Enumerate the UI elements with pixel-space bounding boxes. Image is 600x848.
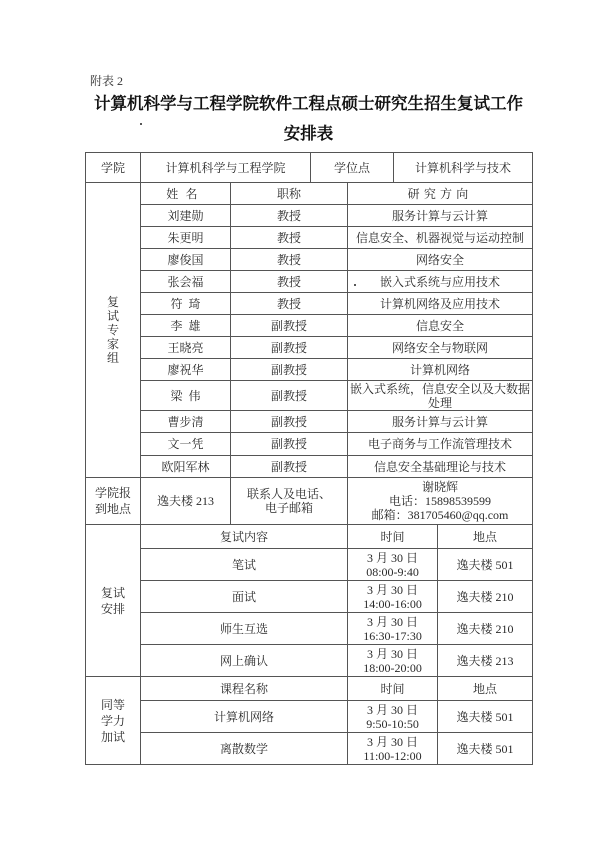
member-title: 副教授: [231, 381, 348, 411]
member-direction: 嵌入式系统与应用技术: [380, 275, 500, 289]
schedule-time-cell: 3 月 30 日 18:00-20:00: [348, 645, 438, 677]
contact-name: 谢晓辉: [350, 480, 530, 494]
schedule-label: 复试安排: [101, 585, 126, 617]
column-header-time: 时间: [348, 677, 438, 701]
member-title: 教授: [231, 205, 348, 227]
schedule-date: 3 月 30 日: [350, 615, 435, 629]
title-line-1: 计算机科学与工程学院软件工程点硕士研究生招生复试工作: [85, 93, 532, 115]
expert-group-label-cell: 复试专家组: [86, 183, 141, 478]
member-direction: 嵌入式系统，信息安全以及大数据处理: [348, 381, 533, 411]
member-title: 副教授: [231, 411, 348, 433]
schedule-time-cell: 3 月 30 日 14:00-16:00: [348, 581, 438, 613]
schedule-label-cell: 复试安排: [86, 525, 141, 677]
member-name: 曹步清: [141, 411, 231, 433]
schedule-content: 笔试: [141, 549, 348, 581]
member-name: 文一凭: [141, 433, 231, 456]
degree-value: 计算机科学与技术: [394, 153, 533, 183]
schedule-place: 逸夫楼 501: [438, 549, 533, 581]
column-header-place: 地点: [438, 525, 533, 549]
course-name: 离散数学: [141, 733, 348, 765]
report-label-cell: 学院报到地点: [86, 478, 141, 525]
member-name: 刘建勋: [141, 205, 231, 227]
report-label: 学院报到地点: [95, 485, 132, 517]
member-name: 朱更明: [141, 227, 231, 249]
college-row: 学院 计算机科学与工程学院 学位点 计算机科学与技术: [86, 153, 533, 183]
table-row: 离散数学 3 月 30 日 11:00-12:00 逸夫楼 501: [86, 733, 533, 765]
contact-phone: 电话：15898539599: [350, 494, 530, 508]
equivalent-header-row: 同等学力加试 课程名称 时间 地点: [86, 677, 533, 701]
member-direction: 网络安全: [348, 249, 533, 271]
member-direction: 服务计算与云计算: [348, 411, 533, 433]
table-row: 刘建勋 教授 服务计算与云计算: [86, 205, 533, 227]
equivalent-label-cell: 同等学力加试: [86, 677, 141, 765]
schedule-content: 师生互选: [141, 613, 348, 645]
course-time: 11:00-12:00: [350, 749, 435, 763]
title-line-2: 安排表: [85, 123, 532, 145]
member-name: 李 雄: [141, 315, 231, 337]
member-title: 副教授: [231, 433, 348, 456]
course-place: 逸夫楼 501: [438, 733, 533, 765]
member-title: 教授: [231, 249, 348, 271]
schedule-content: 网上确认: [141, 645, 348, 677]
table-row: 曹步清 副教授 服务计算与云计算: [86, 411, 533, 433]
member-name: 符 琦: [141, 293, 231, 315]
column-header-time: 时间: [348, 525, 438, 549]
table-row: 李 雄 副教授 信息安全: [86, 315, 533, 337]
member-direction: 计算机网络: [348, 359, 533, 381]
appendix-label: 附表 2: [90, 72, 123, 89]
member-title: 教授: [231, 271, 348, 293]
table-row: 廖祝华 副教授 计算机网络: [86, 359, 533, 381]
member-direction: 信息安全基础理论与技术: [348, 456, 533, 478]
equivalent-label: 同等学力加试: [101, 697, 126, 745]
expert-header-row: 复试专家组 姓名 职称 研究方向: [86, 183, 533, 205]
column-header-content: 复试内容: [141, 525, 348, 549]
table-row: 朱更明 教授 信息安全、机器视觉与运动控制: [86, 227, 533, 249]
contact-label-line-1: 联系人及电话、: [233, 487, 345, 501]
member-name: 王晓亮: [141, 337, 231, 359]
college-label: 学院: [86, 153, 141, 183]
table-row: 师生互选 3 月 30 日 16:30-17:30 逸夫楼 210: [86, 613, 533, 645]
schedule-place: 逸夫楼 210: [438, 613, 533, 645]
table-row: 欧阳军林 副教授 信息安全基础理论与技术: [86, 456, 533, 478]
member-name: 廖祝华: [141, 359, 231, 381]
course-date: 3 月 30 日: [350, 703, 435, 717]
column-header-name: 姓名: [141, 183, 231, 205]
member-name: 梁 伟: [141, 381, 231, 411]
table-row: 王晓亮 副教授 网络安全与物联网: [86, 337, 533, 359]
member-direction: 计算机网络及应用技术: [348, 293, 533, 315]
college-value: 计算机科学与工程学院: [141, 153, 311, 183]
column-header-place: 地点: [438, 677, 533, 701]
stray-dot-mark: [354, 284, 356, 286]
report-location-row: 学院报到地点 逸夫楼 213 联系人及电话、 电子邮箱 谢晓辉 电话：15898…: [86, 478, 533, 525]
column-header-course: 课程名称: [141, 677, 348, 701]
contact-label-line-2: 电子邮箱: [233, 501, 345, 515]
member-direction: 服务计算与云计算: [348, 205, 533, 227]
course-time-cell: 3 月 30 日 11:00-12:00: [348, 733, 438, 765]
course-time: 9:50-10:50: [350, 717, 435, 731]
document-title: 计算机科学与工程学院软件工程点硕士研究生招生复试工作 安排表: [85, 93, 532, 145]
table-row: 笔试 3 月 30 日 08:00-9:40 逸夫楼 501: [86, 549, 533, 581]
member-title: 副教授: [231, 359, 348, 381]
course-place: 逸夫楼 501: [438, 701, 533, 733]
member-name: 欧阳军林: [141, 456, 231, 478]
member-direction: 网络安全与物联网: [348, 337, 533, 359]
course-date: 3 月 30 日: [350, 735, 435, 749]
table-row: 文一凭 副教授 电子商务与工作流管理技术: [86, 433, 533, 456]
schedule-content: 面试: [141, 581, 348, 613]
schedule-time: 14:00-16:00: [350, 597, 435, 611]
schedule-header-row: 复试安排 复试内容 时间 地点: [86, 525, 533, 549]
table-row: 廖俊国 教授 网络安全: [86, 249, 533, 271]
stray-dot-mark: [140, 123, 142, 125]
degree-label: 学位点: [311, 153, 394, 183]
member-direction: 电子商务与工作流管理技术: [348, 433, 533, 456]
member-title: 副教授: [231, 337, 348, 359]
member-title: 副教授: [231, 315, 348, 337]
course-time-cell: 3 月 30 日 9:50-10:50: [348, 701, 438, 733]
member-title: 副教授: [231, 456, 348, 478]
member-name: 廖俊国: [141, 249, 231, 271]
table-row: 张会福 教授 嵌入式系统与应用技术: [86, 271, 533, 293]
member-title: 教授: [231, 227, 348, 249]
contact-info-cell: 谢晓辉 电话：15898539599 邮箱：381705460@qq.com: [348, 478, 533, 525]
table-row: 面试 3 月 30 日 14:00-16:00 逸夫楼 210: [86, 581, 533, 613]
schedule-date: 3 月 30 日: [350, 551, 435, 565]
member-direction-cell: 嵌入式系统与应用技术: [348, 271, 533, 293]
member-direction: 信息安全: [348, 315, 533, 337]
report-location: 逸夫楼 213: [141, 478, 231, 525]
contact-label-cell: 联系人及电话、 电子邮箱: [231, 478, 348, 525]
schedule-date: 3 月 30 日: [350, 583, 435, 597]
course-name: 计算机网络: [141, 701, 348, 733]
schedule-place: 逸夫楼 210: [438, 581, 533, 613]
column-header-direction: 研究方向: [348, 183, 533, 205]
expert-group-label: 复试专家组: [107, 295, 119, 365]
table-row: 计算机网络 3 月 30 日 9:50-10:50 逸夫楼 501: [86, 701, 533, 733]
schedule-time-cell: 3 月 30 日 08:00-9:40: [348, 549, 438, 581]
arrangement-table: 学院 计算机科学与工程学院 学位点 计算机科学与技术 复试专家组 姓名 职称 研…: [85, 152, 533, 765]
schedule-place: 逸夫楼 213: [438, 645, 533, 677]
schedule-time-cell: 3 月 30 日 16:30-17:30: [348, 613, 438, 645]
column-header-title: 职称: [231, 183, 348, 205]
member-name: 张会福: [141, 271, 231, 293]
table-row: 符 琦 教授 计算机网络及应用技术: [86, 293, 533, 315]
schedule-time: 18:00-20:00: [350, 661, 435, 675]
member-direction: 信息安全、机器视觉与运动控制: [348, 227, 533, 249]
member-title: 教授: [231, 293, 348, 315]
schedule-time: 16:30-17:30: [350, 629, 435, 643]
contact-email[interactable]: 邮箱：381705460@qq.com: [350, 508, 530, 522]
schedule-date: 3 月 30 日: [350, 647, 435, 661]
table-row: 网上确认 3 月 30 日 18:00-20:00 逸夫楼 213: [86, 645, 533, 677]
table-row: 梁 伟 副教授 嵌入式系统，信息安全以及大数据处理: [86, 381, 533, 411]
schedule-time: 08:00-9:40: [350, 565, 435, 579]
